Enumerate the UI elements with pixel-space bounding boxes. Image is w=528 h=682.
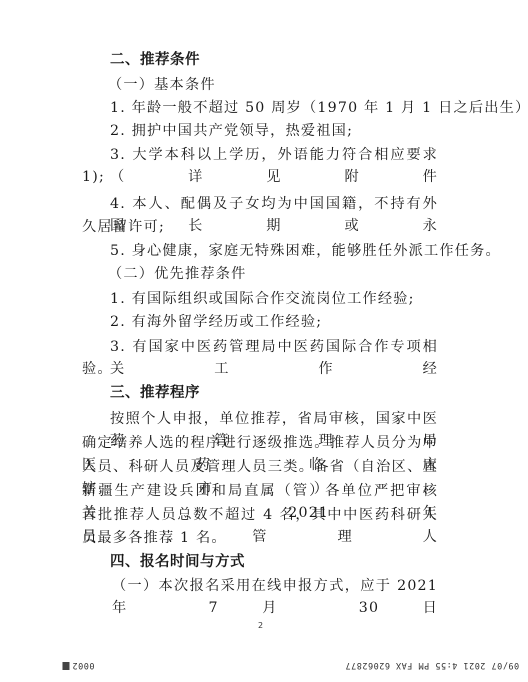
- section-heading-registration-time-method: 四、报名时间与方式: [110, 551, 438, 573]
- page-number: 2: [258, 621, 263, 630]
- list-item: 1. 年龄一般不超过 50 周岁（1970 年 1 月 1 日之后出生）;: [110, 97, 438, 119]
- paragraph-line: 员最多各推荐 1 名。: [82, 527, 438, 549]
- list-item: 5. 身心健康，家庭无特殊困难，能够胜任外派工作任务。: [110, 240, 438, 262]
- document-page: 二、推荐条件 （一）基本条件 1. 年龄一般不超过 50 周岁（1970 年 1…: [0, 0, 528, 682]
- subsection-heading-priority-conditions: （二）优先推荐条件: [108, 263, 436, 285]
- list-item: 2. 有海外留学经历或工作经验;: [110, 311, 438, 333]
- list-item: 2. 拥护中国共产党领导，热爱祖国;: [110, 120, 438, 142]
- list-item-continuation: 验。: [82, 358, 438, 380]
- fax-page-icon: [62, 662, 69, 670]
- fax-page-count: 0002: [72, 660, 94, 670]
- fax-page-counter: 0002: [62, 660, 94, 670]
- subsection-heading-basic-conditions: （一）基本条件: [108, 74, 436, 96]
- section-heading-recommendation-conditions: 二、推荐条件: [110, 49, 438, 71]
- section-heading-recommendation-procedure: 三、推荐程序: [110, 382, 438, 404]
- fax-timestamp-header: 09/07 2021 4:55 PM FAX 62062877: [345, 660, 519, 670]
- list-item-continuation: 久居留许可;: [82, 216, 438, 238]
- list-item: （一）本次报名采用在线申报方式，应于 2021 年 7 月 30 日: [112, 575, 438, 619]
- list-item-continuation: 1);: [82, 166, 438, 188]
- list-item: 1. 有国际组织或国际合作交流岗位工作经验;: [110, 288, 438, 310]
